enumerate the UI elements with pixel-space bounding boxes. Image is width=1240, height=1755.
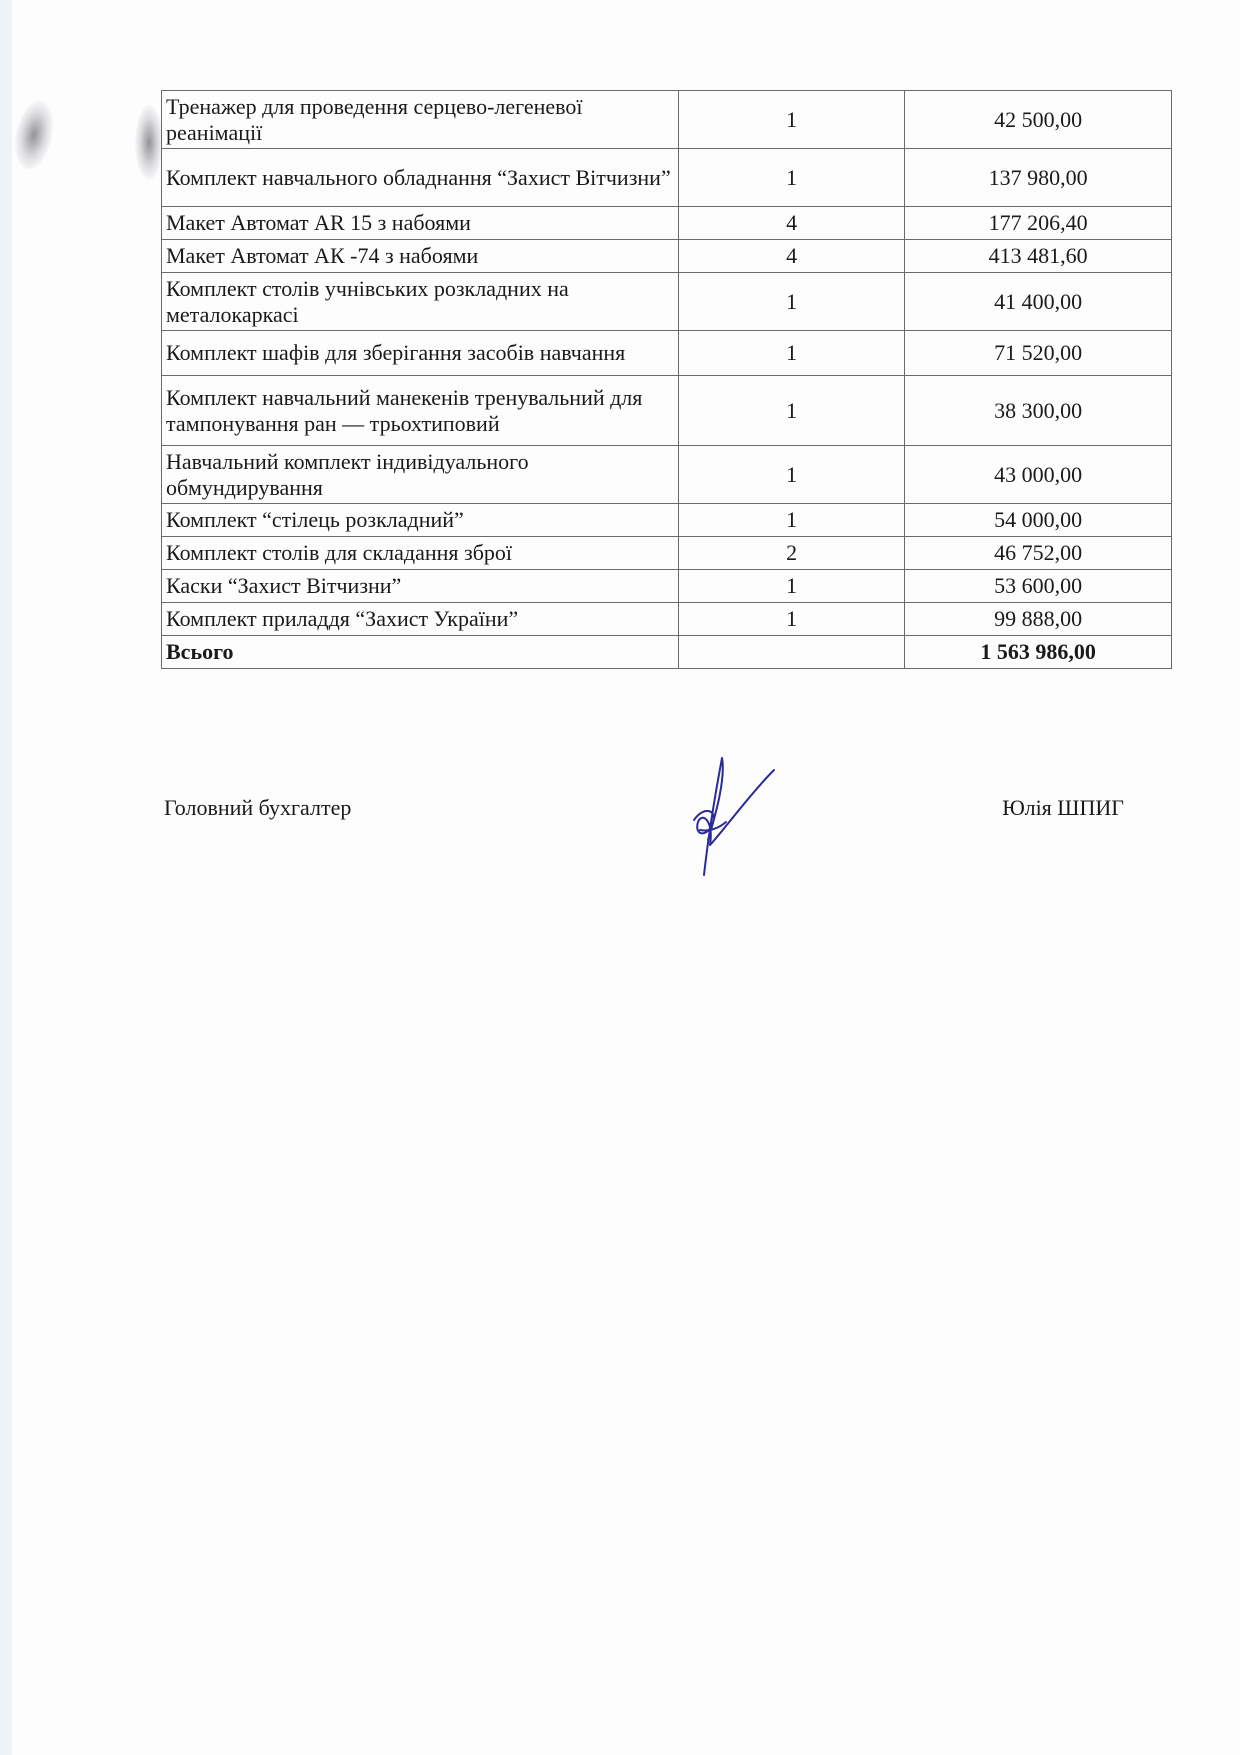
table-row: Комплект шафів для зберігання засобів на…	[162, 331, 1172, 376]
table-row: Комплект столів учнівських розкладних на…	[162, 273, 1172, 331]
table-row: Комплект навчальний манекенів тренувальн…	[162, 376, 1172, 446]
item-quantity: 1	[678, 91, 904, 149]
item-sum: 137 980,00	[905, 149, 1172, 207]
item-sum: 42 500,00	[905, 91, 1172, 149]
table-row: Макет Автомат АК -74 з набоями4413 481,6…	[162, 240, 1172, 273]
table-row: Тренажер для проведення серцево-легенево…	[162, 91, 1172, 149]
table-row: Комплект “стілець розкладний”154 000,00	[162, 504, 1172, 537]
total-quantity	[678, 636, 904, 669]
item-quantity: 1	[678, 446, 904, 504]
item-quantity: 1	[678, 273, 904, 331]
item-name: Комплект навчальний манекенів тренувальн…	[162, 376, 679, 446]
item-name: Навчальний комплект індивідуального обму…	[162, 446, 679, 504]
item-sum: 46 752,00	[905, 537, 1172, 570]
item-sum: 53 600,00	[905, 570, 1172, 603]
item-name: Комплект навчального обладнання “Захист …	[162, 149, 679, 207]
item-quantity: 1	[678, 331, 904, 376]
table-row: Комплект столів для складання зброї246 7…	[162, 537, 1172, 570]
signature-block: Головний бухгалтер Юлія ШПИГ	[164, 795, 1124, 875]
total-row: Всього1 563 986,00	[162, 636, 1172, 669]
table-row: Навчальний комплект індивідуального обму…	[162, 446, 1172, 504]
table-row: Макет Автомат AR 15 з набоями4177 206,40	[162, 207, 1172, 240]
item-sum: 177 206,40	[905, 207, 1172, 240]
scan-smudge	[9, 97, 59, 173]
item-quantity: 1	[678, 603, 904, 636]
item-sum: 54 000,00	[905, 504, 1172, 537]
table-row: Комплект приладдя “Захист України”199 88…	[162, 603, 1172, 636]
table-row: Комплект навчального обладнання “Захист …	[162, 149, 1172, 207]
item-quantity: 4	[678, 207, 904, 240]
item-name: Комплект “стілець розкладний”	[162, 504, 679, 537]
item-name: Комплект шафів для зберігання засобів на…	[162, 331, 679, 376]
handwritten-signature-icon	[664, 750, 784, 880]
item-quantity: 1	[678, 570, 904, 603]
signer-role: Головний бухгалтер	[164, 795, 351, 821]
item-sum: 413 481,60	[905, 240, 1172, 273]
item-name: Комплект столів для складання зброї	[162, 537, 679, 570]
item-sum: 41 400,00	[905, 273, 1172, 331]
total-label: Всього	[162, 636, 679, 669]
item-sum: 38 300,00	[905, 376, 1172, 446]
item-sum: 43 000,00	[905, 446, 1172, 504]
item-name: Макет Автомат AR 15 з набоями	[162, 207, 679, 240]
item-name: Тренажер для проведення серцево-легенево…	[162, 91, 679, 149]
item-sum: 99 888,00	[905, 603, 1172, 636]
item-quantity: 2	[678, 537, 904, 570]
item-quantity: 1	[678, 149, 904, 207]
item-name: Каски “Захист Вітчизни”	[162, 570, 679, 603]
signer-name: Юлія ШПИГ	[1002, 795, 1124, 821]
item-quantity: 4	[678, 240, 904, 273]
item-sum: 71 520,00	[905, 331, 1172, 376]
item-name: Макет Автомат АК -74 з набоями	[162, 240, 679, 273]
item-quantity: 1	[678, 504, 904, 537]
items-table: Тренажер для проведення серцево-легенево…	[161, 90, 1172, 669]
item-quantity: 1	[678, 376, 904, 446]
table-row: Каски “Захист Вітчизни”153 600,00	[162, 570, 1172, 603]
scan-edge	[0, 0, 12, 1755]
scan-smudge	[135, 105, 163, 180]
item-name: Комплект приладдя “Захист України”	[162, 603, 679, 636]
item-name: Комплект столів учнівських розкладних на…	[162, 273, 679, 331]
total-sum: 1 563 986,00	[905, 636, 1172, 669]
